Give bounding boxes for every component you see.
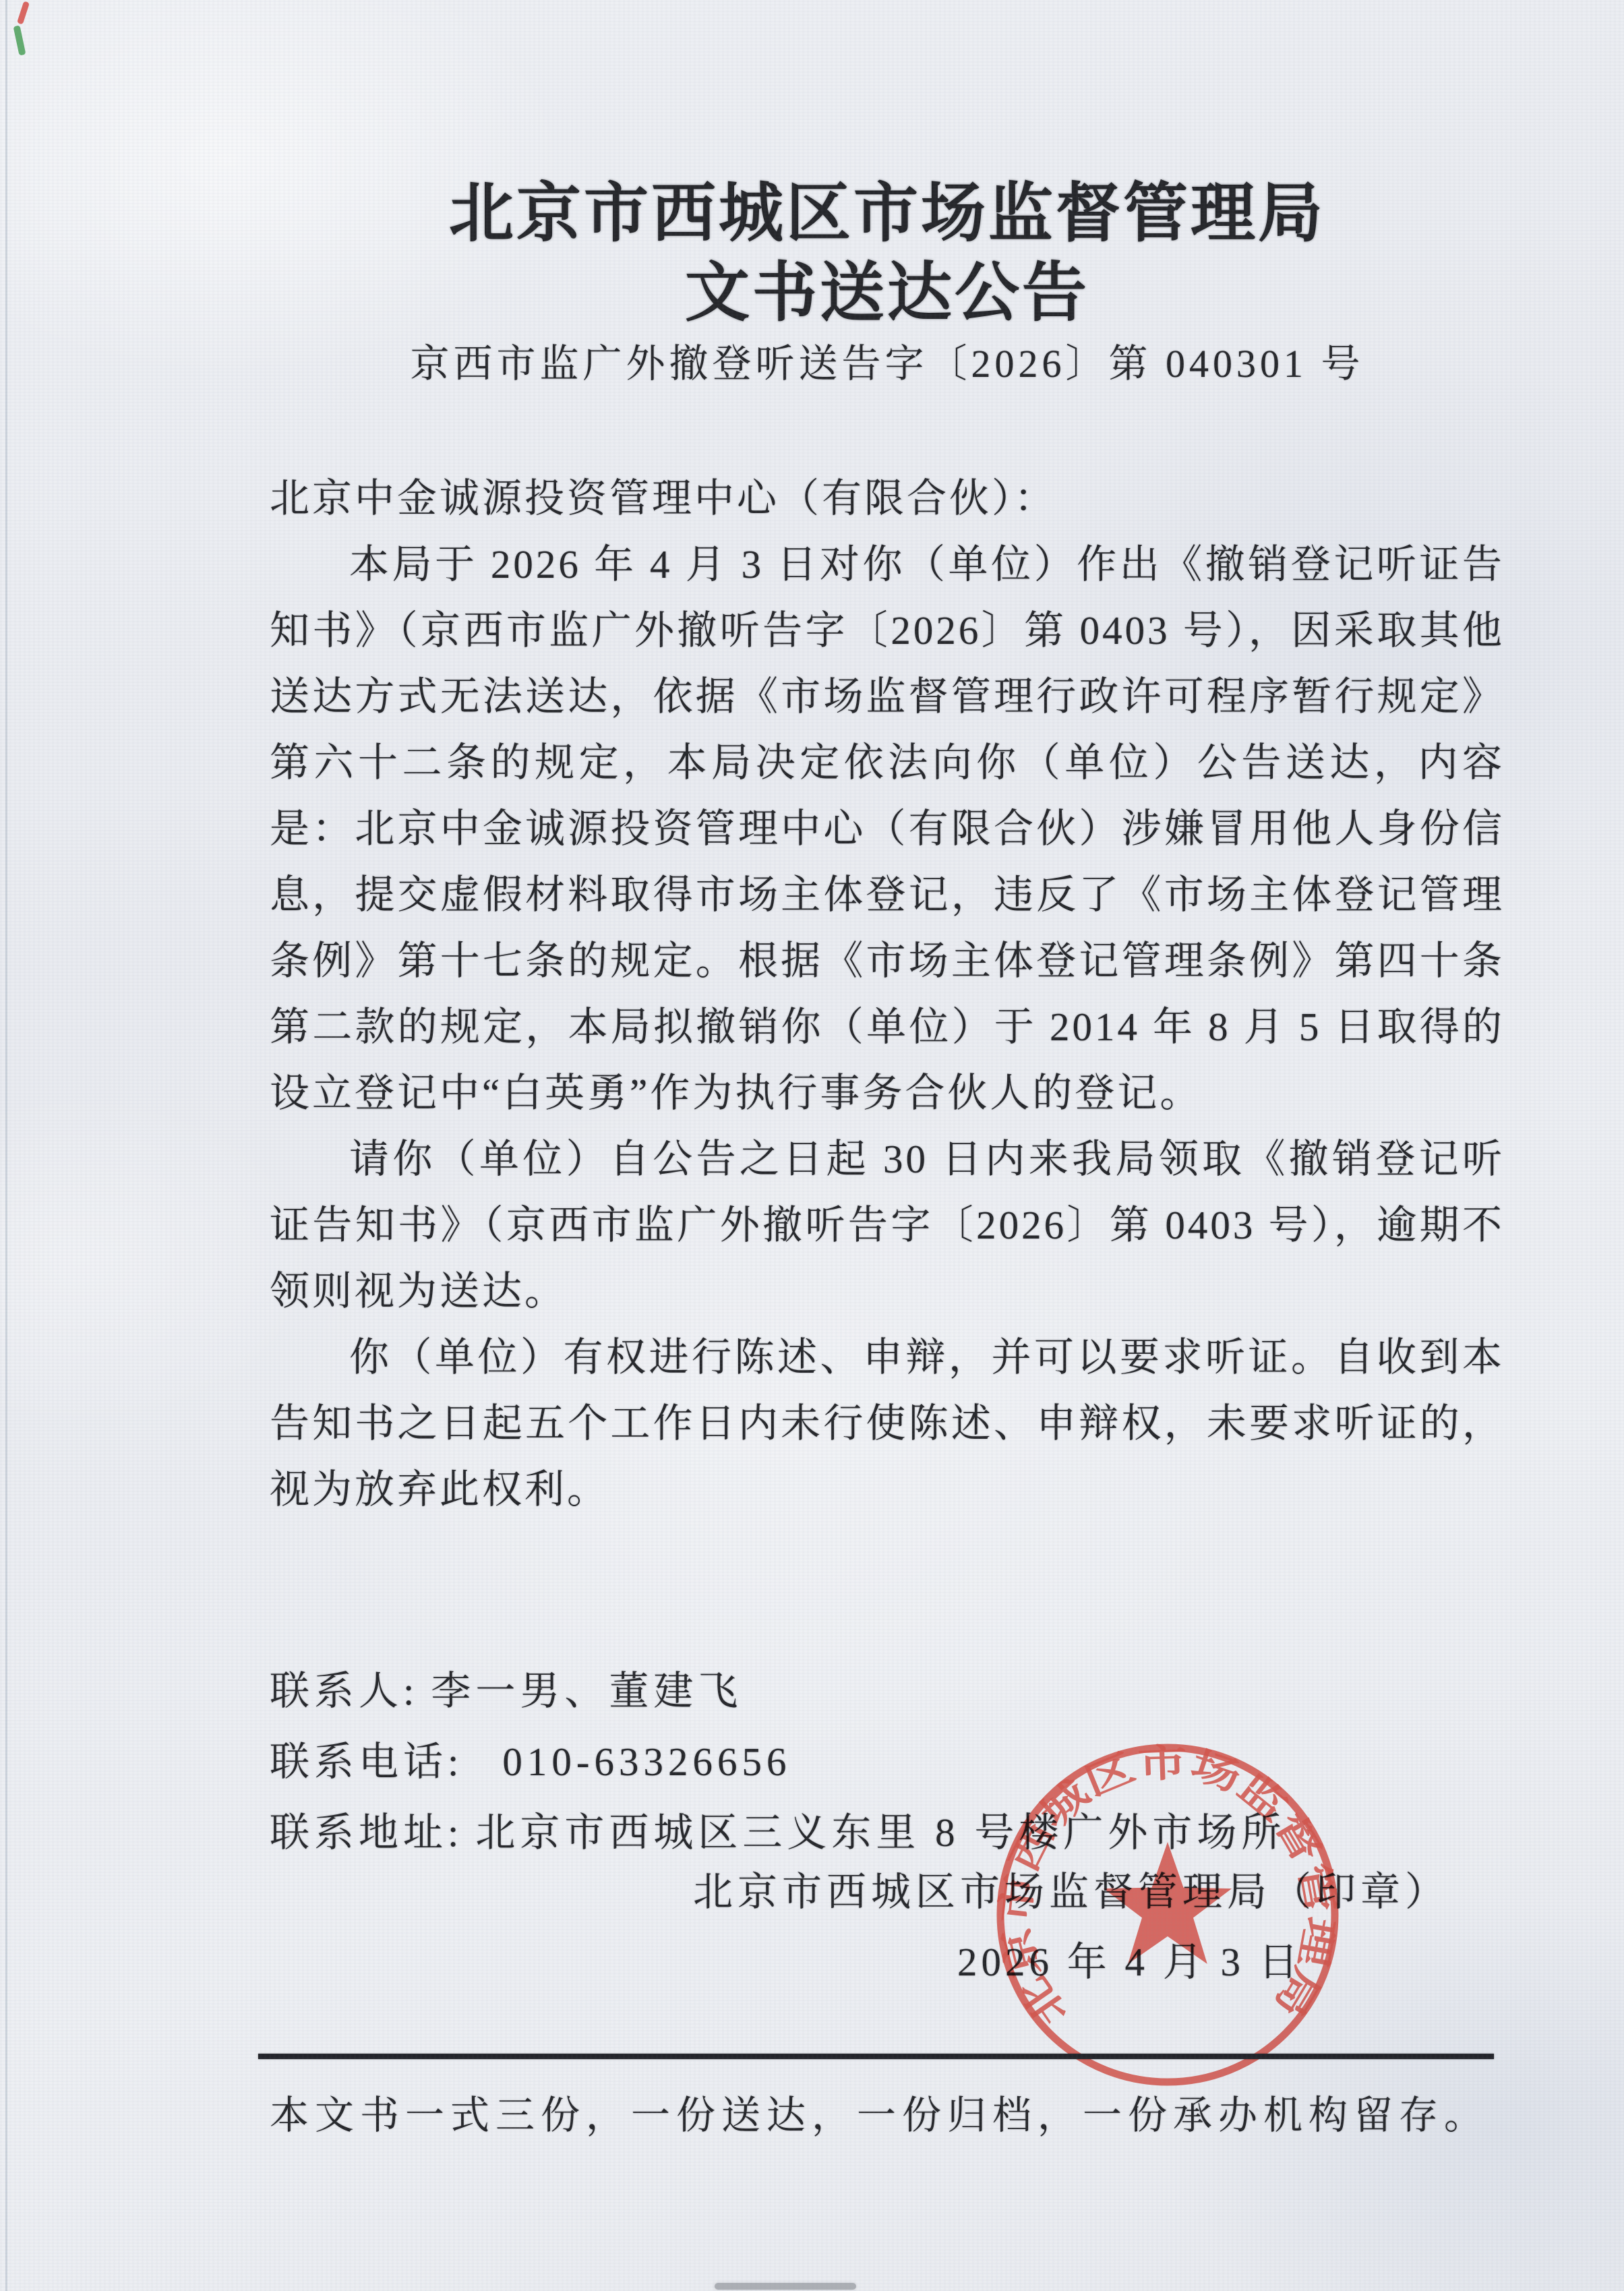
scan-artifact-red (17, 1, 30, 24)
scan-edge-line (5, 0, 7, 2291)
contact-person-label: 联系人: (270, 1669, 419, 1713)
seal-star-icon (1104, 1842, 1232, 1964)
paragraph-decision: 本局于 2026 年 4 月 3 日对你（单位）作出《撤销登记听证告知书》（京西… (270, 531, 1505, 1126)
document-number: 京西市监广外撤登听送告字〔2026〕第 040301 号 (270, 332, 1505, 388)
official-round-seal: 北京市西城区市场监督管理局 (979, 1726, 1356, 2104)
salutation-line: 北京中金诚源投资管理中心（有限合伙）： (270, 465, 1505, 531)
scan-artifact-smudge (715, 2283, 856, 2290)
contact-address-label: 联系地址: (270, 1810, 463, 1855)
paragraph-collection-deadline: 请你（单位）自公告之日起 30 日内来我局领取《撤销登记听证告知书》（京西市监广… (270, 1126, 1505, 1324)
scanned-official-notice: 北京市西城区市场监督管理局 文书送达公告 京西市监广外撤登听送告字〔2026〕第… (0, 0, 1624, 2291)
footer-divider-line (258, 2054, 1494, 2059)
agency-title: 北京市西城区市场监督管理局 (270, 162, 1505, 254)
paragraph-rights: 你（单位）有权进行陈述、申辩，并可以要求听证。自收到本告知书之日起五个工作日内未… (270, 1324, 1505, 1522)
contact-person-value: 李一男、董建飞 (431, 1656, 742, 1727)
scan-artifact-green (13, 25, 26, 55)
notice-title: 文书送达公告 (270, 241, 1505, 334)
contact-phone-value: 010-63326656 (502, 1727, 791, 1797)
contact-person-line: 联系人:李一男、董建飞 (270, 1656, 1286, 1727)
notice-body: 北京中金诚源投资管理中心（有限合伙）： 本局于 2026 年 4 月 3 日对你… (270, 465, 1505, 1522)
contact-phone-label: 联系电话: (270, 1739, 463, 1784)
distribution-note: 本文书一式三份，一份送达，一份归档，一份承办机构留存。 (270, 2083, 1489, 2140)
